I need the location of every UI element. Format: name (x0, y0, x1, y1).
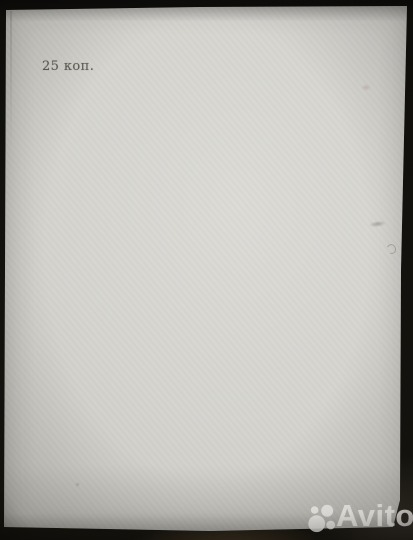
paper-page: 25 коп. (0, 0, 413, 540)
photo: 25 коп. Avito (0, 0, 413, 540)
faint-dot-mark (75, 482, 80, 487)
price-label: 25 коп. (42, 59, 94, 74)
paper-edge-shading (0, 0, 413, 540)
paper-crease (10, 11, 12, 151)
faint-pink-spot (361, 84, 371, 91)
avito-watermark-text: Avito (336, 500, 413, 531)
